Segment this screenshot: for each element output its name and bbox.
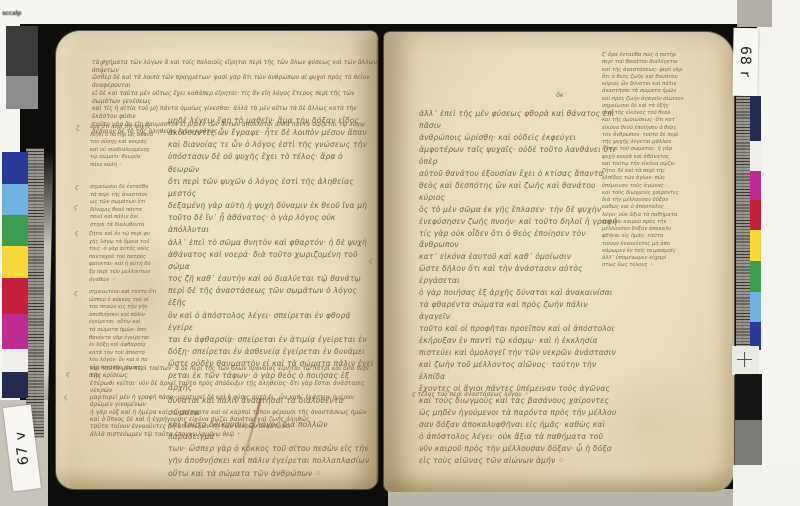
calibration-patch-navy xyxy=(2,372,28,398)
point-mark: · xyxy=(566,410,568,417)
calibration-patch-white xyxy=(2,349,28,372)
margin-sign: ϛ xyxy=(74,204,78,211)
calibration-patch-magenta xyxy=(2,314,28,349)
ruler-right xyxy=(736,96,750,353)
mount-bottom-right-white xyxy=(733,465,800,506)
calibration-patch-black xyxy=(735,374,762,420)
calibration-patch-white xyxy=(750,141,761,171)
margin-sign: ς xyxy=(75,230,79,237)
gutter-margin-sign: ϛ xyxy=(369,258,373,265)
left-margin-note-3: ζήτει καὶ ἐν τῷ περὶ ψυ χῆς λόγῳ τὰ ὅμοι… xyxy=(89,231,171,284)
calibration-patch-gray-bottom xyxy=(735,420,762,465)
folio-label-68r: 68 r xyxy=(732,28,758,96)
header-abbreviation-mark: ὅκ xyxy=(556,91,564,99)
page-right-68r: ὅκ ἀλλ᾽ ἐπεὶ τῆς μὲν φύσεως φθορὰ καὶ θά… xyxy=(384,32,734,492)
page-left-67v: ϛ ς τὰ σχήματα τῶν λόγων ἃ καὶ τοῖς παλα… xyxy=(56,31,378,489)
margin-sign: ς xyxy=(64,394,68,401)
margin-sign: ϛ xyxy=(66,371,70,378)
color-bar-right xyxy=(750,96,761,350)
calibration-patch-red xyxy=(2,278,28,314)
calibration-patch-gray-top-right xyxy=(737,0,772,27)
margin-sign: ζ xyxy=(76,125,79,132)
ruler-left xyxy=(26,148,44,438)
calibration-patch-green xyxy=(2,215,28,246)
manuscript-scan: sccalp ϛ ς τὰ σχήματα τῶν λόγων ἃ καὶ το… xyxy=(0,0,800,506)
margin-sign: ϛ xyxy=(74,290,78,297)
margin-sign: ϛ xyxy=(75,184,79,191)
calibration-patch-lightblue xyxy=(750,292,761,322)
right-main-text-block: ἀλλ᾽ ἐπεὶ τῆς μὲν φύσεως φθορὰ καὶ θάνατ… xyxy=(419,108,621,467)
calibration-patch-lightblue xyxy=(2,184,28,215)
left-margin-note-1: ὅρα ὅτι περὶ τῆς ψυχῆς λέγει ὁ πατὴρ ὡς … xyxy=(90,124,170,170)
corner-stamp-text: sccalp xyxy=(2,10,21,17)
color-bar-left xyxy=(2,152,28,398)
calibration-patch-red xyxy=(750,200,761,230)
left-margin-note-2: σημείωσαι δὲ ἐνταῦθα τὰ περὶ τῆς ἀναστάσ… xyxy=(90,184,170,230)
calibration-patch-magenta xyxy=(750,171,761,200)
calibration-patch-green xyxy=(750,261,761,292)
right-footer-line: ϛ τέλος τοῦ περὶ ἀναστάσεως λόγου ⁘ xyxy=(412,392,612,400)
calibration-patch-yellow xyxy=(750,230,761,261)
calibration-patch-charcoal xyxy=(6,26,38,76)
registration-cross-icon xyxy=(737,352,752,367)
left-bottom-text-block: καὶ ταῦτα μὲν περὶ τούτων· ἃ δὲ περὶ τῆς… xyxy=(90,366,378,439)
folio-label-68r-text: 68 r xyxy=(737,46,754,78)
folio-label-67v-text: 67 v xyxy=(12,430,32,466)
mount-right-white xyxy=(757,0,800,506)
calibration-patch-blue xyxy=(2,152,28,184)
calibration-patch-yellow xyxy=(2,246,28,278)
calibration-patch-gray xyxy=(6,76,38,109)
right-margin-note-column: ζʹ ὅρα ἐνταῦθα πῶς ὁ πατὴρ περὶ τοῦ θανά… xyxy=(602,52,704,270)
calibration-patch-navy xyxy=(750,96,761,141)
